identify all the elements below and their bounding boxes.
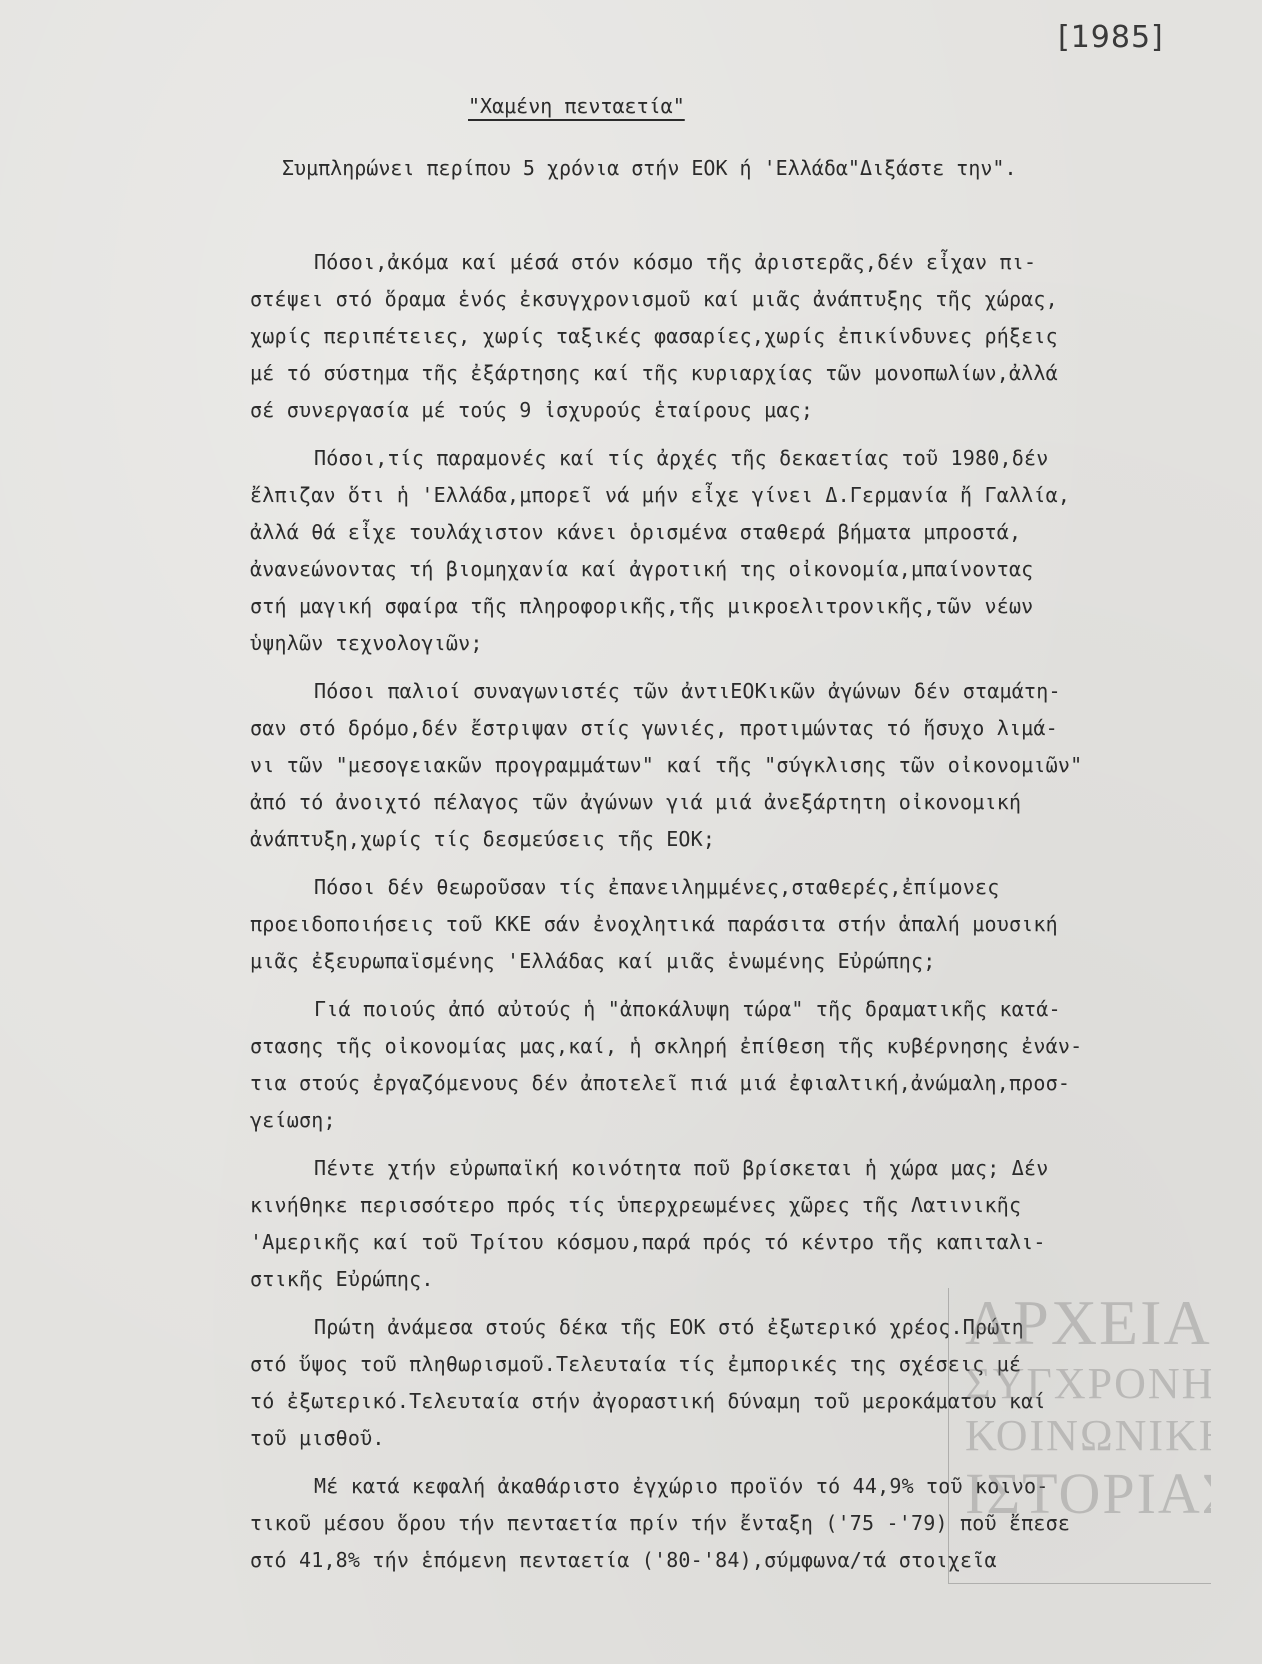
paragraph: Πόσοι,ἀκόμα καί μέσά στόν κόσμο τῆς ἀρισ…: [250, 244, 1230, 429]
paragraph: Πόσοι παλιοί συναγωνιστές τῶν ἀντιΕΟΚικῶ…: [250, 673, 1230, 858]
text-line: 'Αμερικῆς καί τοῦ Τρίτου κόσμου,παρά πρό…: [250, 1224, 1230, 1261]
text-line: στή μαγική σφαίρα τῆς πληροφορικῆς,τῆς μ…: [250, 588, 1230, 625]
document-subtitle: Συμπληρώνει περίπου 5 χρόνια στήν ΕΟΚ ή …: [282, 156, 1017, 180]
text-line: μιᾶς ἐξευρωπαϊσμένης 'Ελλάδας καί μιᾶς ἑ…: [250, 943, 1230, 980]
text-line: Γιά ποιούς ἀπό αὐτούς ἡ "ἀποκάλυψη τώρα"…: [250, 991, 1230, 1028]
text-line: προειδοποιήσεις τοῦ ΚΚΕ σάν ἐνοχλητικά π…: [250, 906, 1230, 943]
text-line: νι τῶν "μεσογειακῶν προγραμμάτων" καί τῆ…: [250, 747, 1230, 784]
document-title: "Χαμένη πενταετία": [468, 94, 685, 118]
text-line: χωρίς περιπέτειες, χωρίς ταξικές φασαρίε…: [250, 318, 1230, 355]
text-line: ἔλπιζαν ὅτι ἡ 'Ελλάδα,μπορεῖ νά μήν εἶχε…: [250, 477, 1230, 514]
text-line: ἀπό τό ἀνοιχτό πέλαγος τῶν ἀγώνων γιά μι…: [250, 784, 1230, 821]
watermark-line: ΑΡΧΕΙΑ: [949, 1288, 1211, 1358]
paragraph: Πόσοι δέν θεωροῦσαν τίς ἐπανειλημμένες,σ…: [250, 869, 1230, 980]
text-line: ἀνανεώνοντας τή βιομηχανία καί ἀγροτική …: [250, 551, 1230, 588]
text-line: στέψει στό ὅραμα ἑνός ἐκσυγχρονισμοῦ καί…: [250, 281, 1230, 318]
text-line: ἀλλά θά εἶχε τουλάχιστον κάνει ὁρισμένα …: [250, 514, 1230, 551]
text-line: Πόσοι παλιοί συναγωνιστές τῶν ἀντιΕΟΚικῶ…: [250, 673, 1230, 710]
paragraph: Πόσοι,τίς παραμονές καί τίς ἀρχές τῆς δε…: [250, 440, 1230, 662]
paragraph: Γιά ποιούς ἀπό αὐτούς ἡ "ἀποκάλυψη τώρα"…: [250, 991, 1230, 1139]
text-line: σέ συνεργασία μέ τούς 9 ἰσχυρούς ἑταίρου…: [250, 392, 1230, 429]
text-line: γείωση;: [250, 1102, 1230, 1139]
text-line: ὑψηλῶν τεχνολογιῶν;: [250, 625, 1230, 662]
watermark-line: ΚΟΙΝΩΝΙΚΗΣ: [949, 1410, 1211, 1462]
text-line: κινήθηκε περισσότερο πρός τίς ὑπερχρεωμέ…: [250, 1187, 1230, 1224]
text-line: σαν στό δρόμο,δέν ἔστριψαν στίς γωνιές, …: [250, 710, 1230, 747]
archive-watermark-stamp: ΑΡΧΕΙΑ ΣΥΓΧΡΟΝΗΣ ΚΟΙΝΩΝΙΚΗΣ ΙΣΤΟΡΙΑΣ: [948, 1288, 1211, 1584]
text-line: μέ τό σύστημα τῆς ἐξάρτησης καί τῆς κυρι…: [250, 355, 1230, 392]
archive-reference-note: [1985]: [1058, 20, 1164, 55]
text-line: στασης τῆς οἰκονομίας μας,καί, ἡ σκληρή …: [250, 1028, 1230, 1065]
text-line: Πόσοι,τίς παραμονές καί τίς ἀρχές τῆς δε…: [250, 440, 1230, 477]
watermark-line: ΣΥΓΧΡΟΝΗΣ: [949, 1358, 1211, 1410]
text-line: ἀνάπτυξη,χωρίς τίς δεσμεύσεις τῆς ΕΟΚ;: [250, 821, 1230, 858]
text-line: Πέντε χτήν εὐρωπαϊκή κοινότητα ποῦ βρίσκ…: [250, 1150, 1230, 1187]
watermark-line: ΙΣΤΟΡΙΑΣ: [949, 1462, 1211, 1526]
paragraph: Πέντε χτήν εὐρωπαϊκή κοινότητα ποῦ βρίσκ…: [250, 1150, 1230, 1298]
scanned-page: [1985] "Χαμένη πενταετία" Συμπληρώνει πε…: [0, 0, 1262, 1664]
text-line: Πόσοι δέν θεωροῦσαν τίς ἐπανειλημμένες,σ…: [250, 869, 1230, 906]
text-line: Πόσοι,ἀκόμα καί μέσά στόν κόσμο τῆς ἀρισ…: [250, 244, 1230, 281]
text-line: τια στούς ἐργαζόμενους δέν ἀποτελεῖ πιά …: [250, 1065, 1230, 1102]
